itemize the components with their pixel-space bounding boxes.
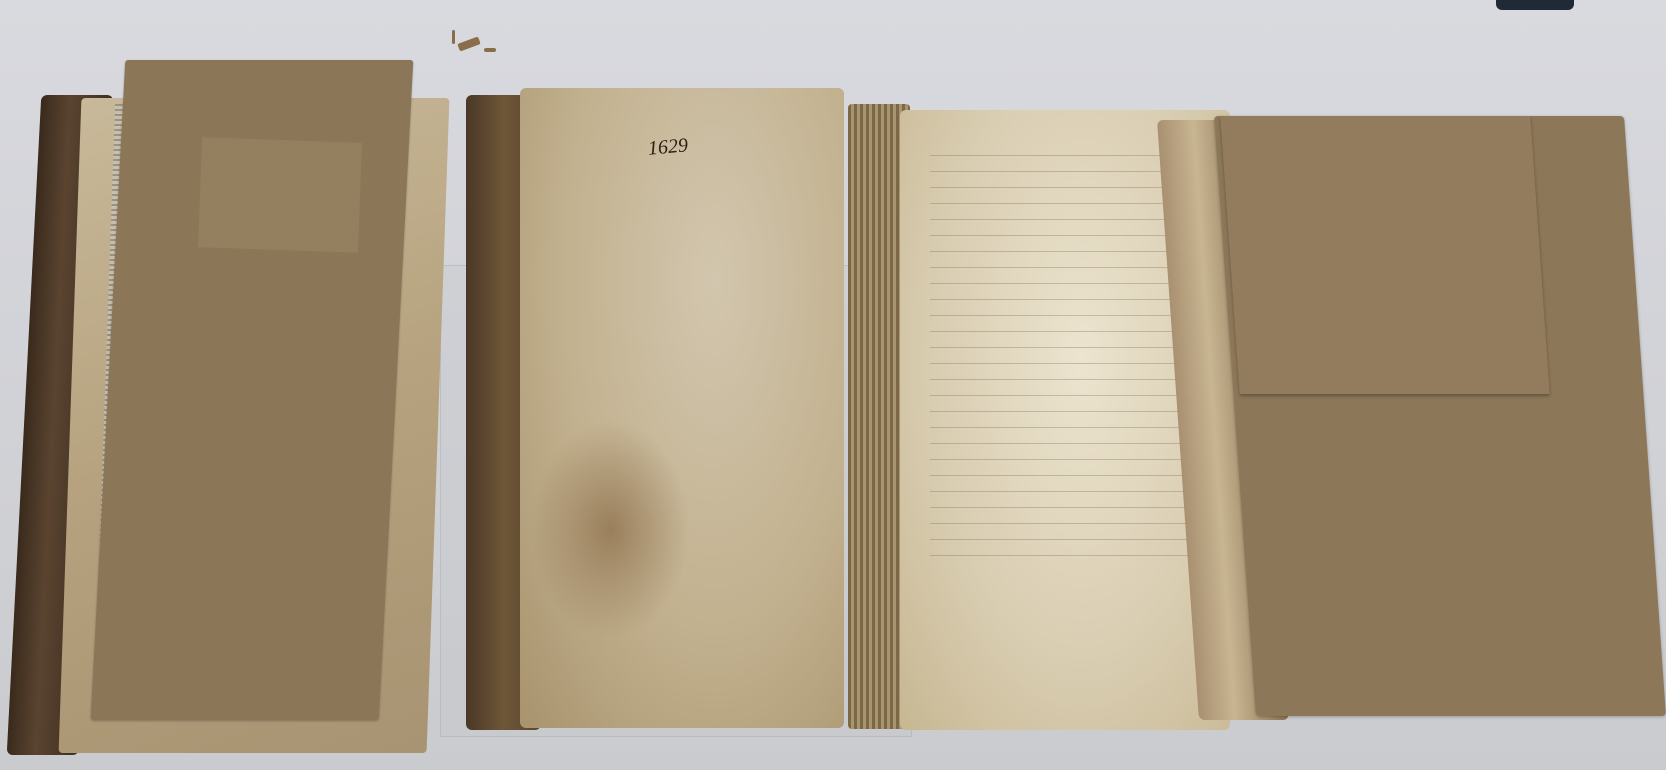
photo-scene: 1629 (0, 0, 1666, 770)
water-stain (530, 420, 690, 640)
wrapper-flap (1220, 116, 1549, 394)
handwritten-date: 1629 (647, 134, 689, 160)
paper-flap (198, 137, 362, 253)
dark-object-edge (1496, 0, 1574, 10)
paper-debris (450, 30, 520, 60)
